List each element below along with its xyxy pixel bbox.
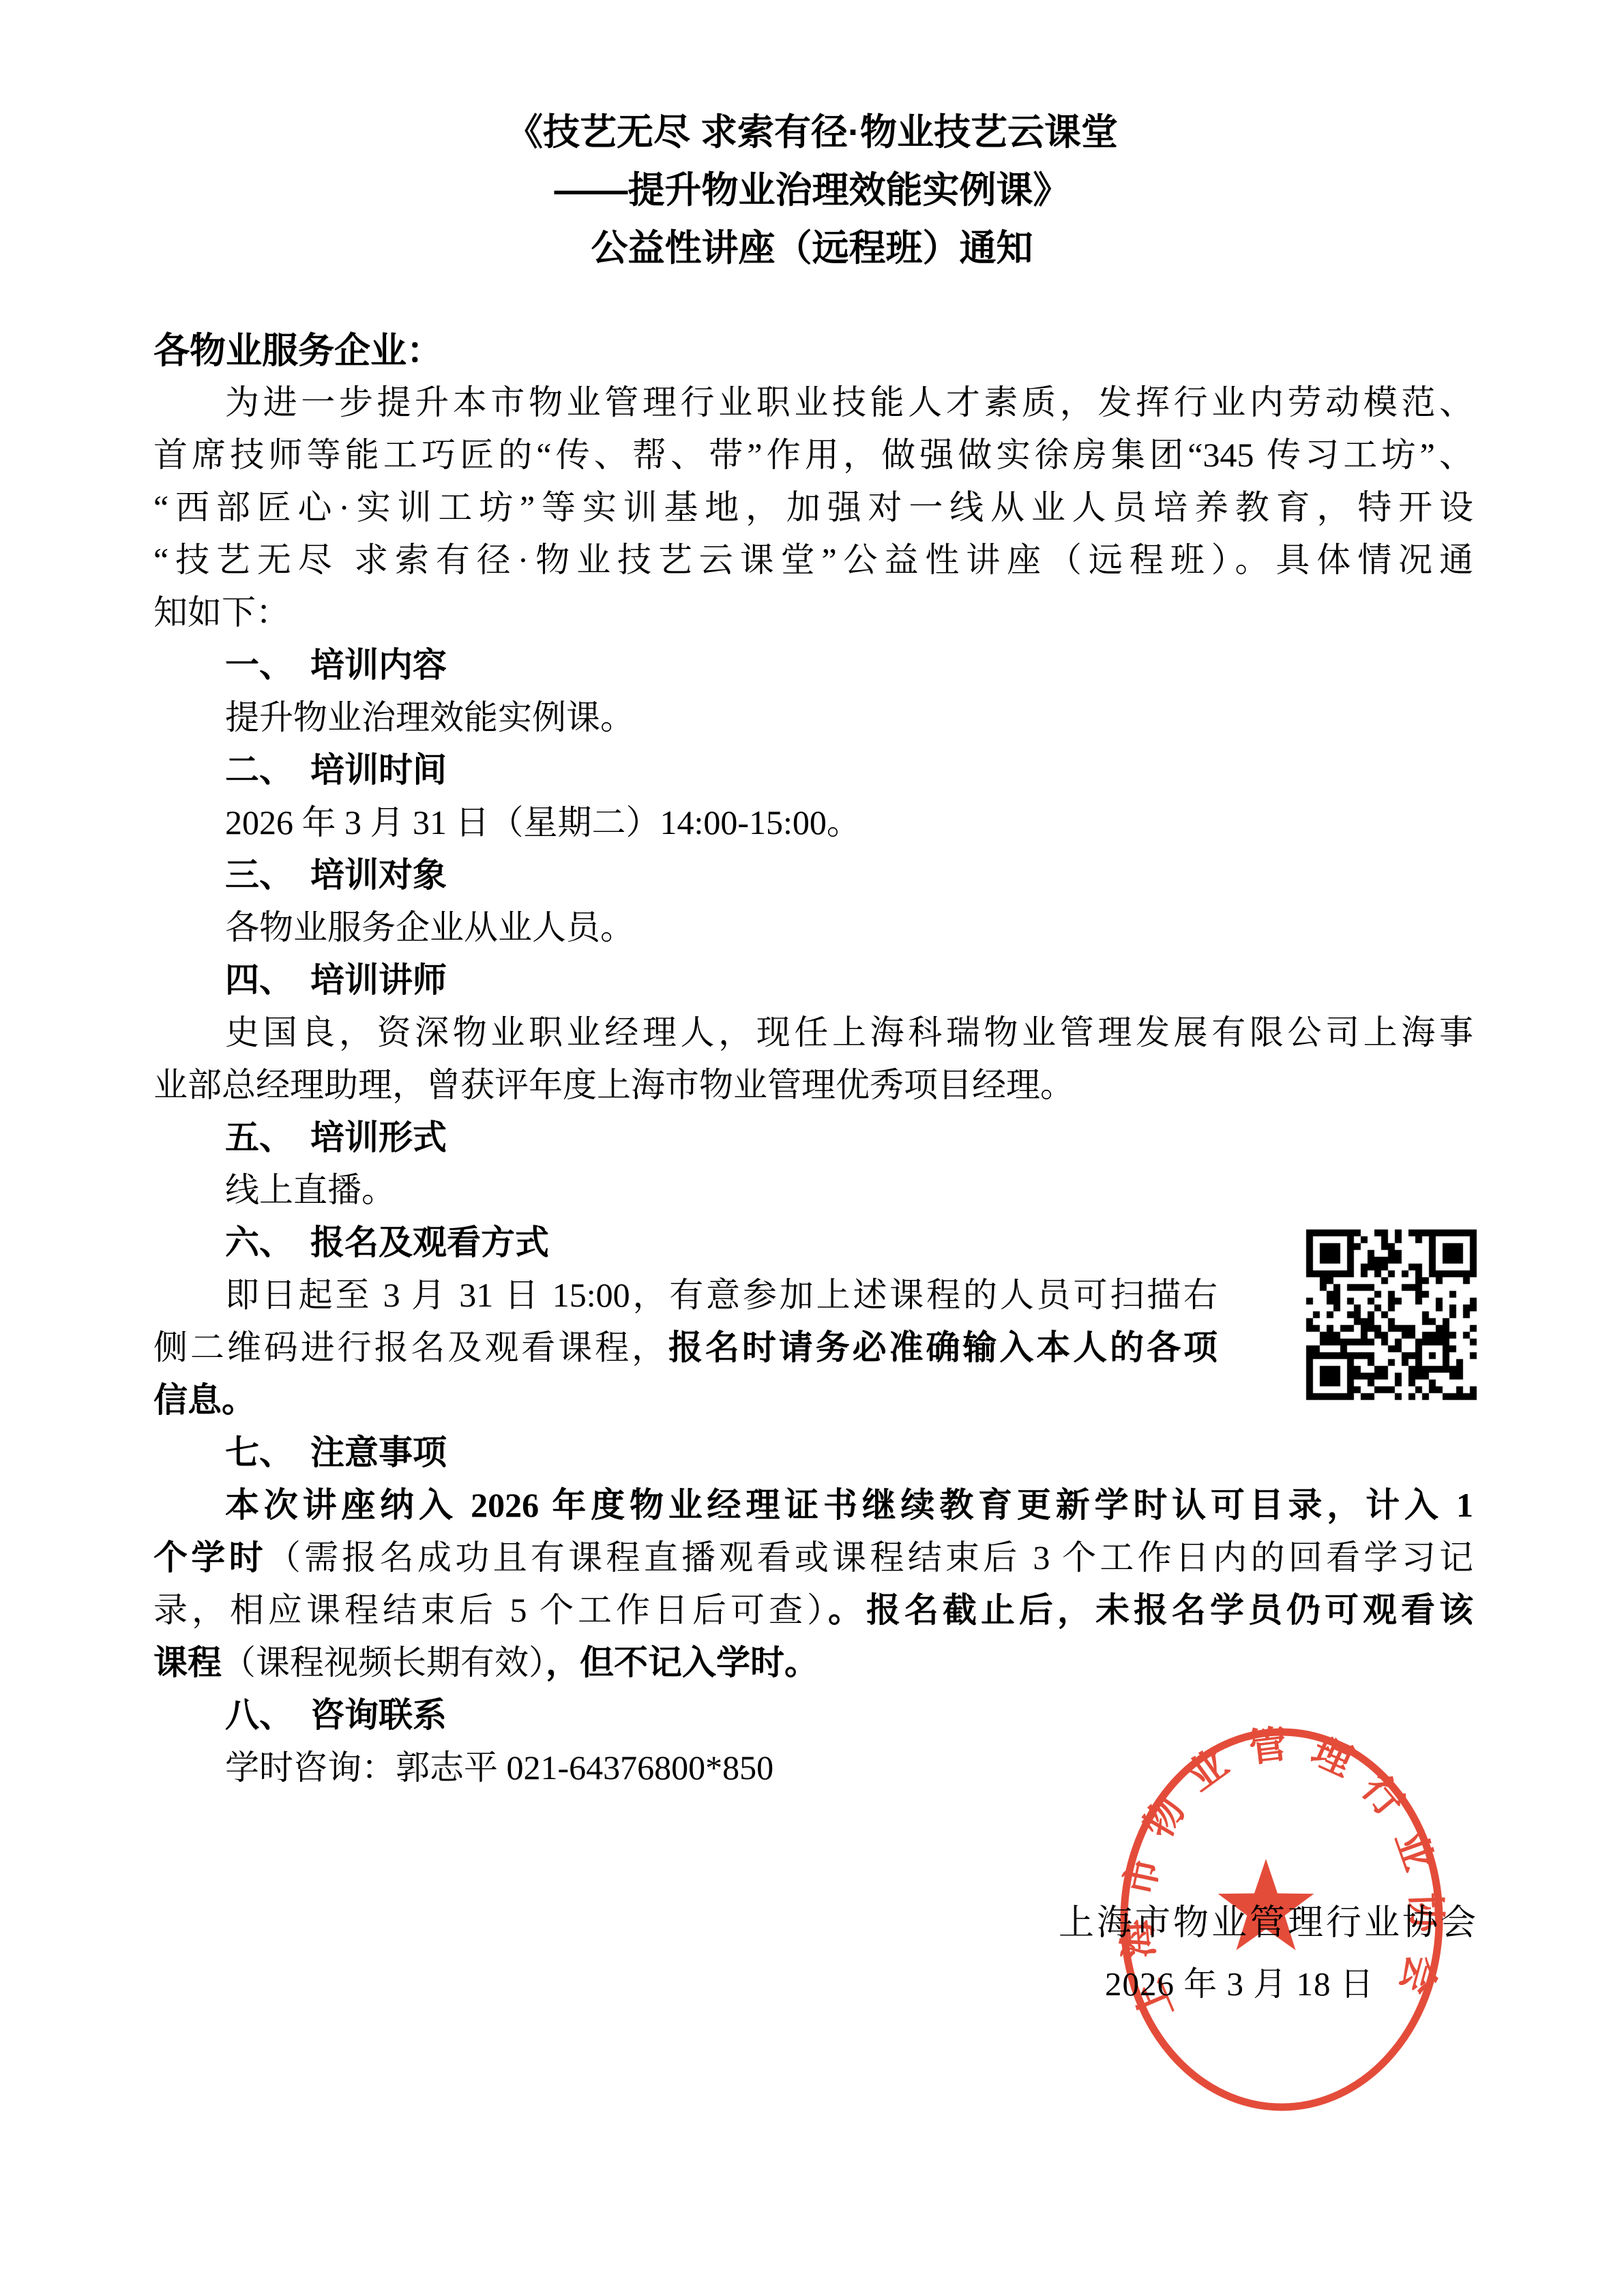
section-7-body-line-3: 录，相应课程结束后 5 个工作日后可查）。报名截止后，未报名学员仍可观看该	[153, 1590, 1473, 1630]
salutation: 各物业服务企业：	[153, 329, 1473, 373]
section-6-body-line-1: 即日起至 3 月 31 日 15:00，有意参加上述课程的人员可扫描右	[153, 1274, 1217, 1315]
section-1-body: 提升物业治理效能实例课。	[153, 697, 1473, 738]
section-7-body-line-2: 个学时（需报名成功且有课程直播观看或课程结束后 3 个工作日内的回看学习记	[153, 1537, 1473, 1578]
section-8-body: 学时咨询：郭志平 021-64376800*850	[153, 1747, 1473, 1788]
intro-line-5: 知如下：	[153, 592, 1473, 633]
section-7-line-2-regular: （需报名成功且有课程直播观看或课程结束后 3 个工作日内的回看学习记	[267, 1538, 1473, 1577]
section-7-line-4-bold-2: ，但不记入学时。	[546, 1643, 818, 1682]
section-7-line-1-bold: 本次讲座纳入 2026 年度物业经理证书继续教育更新学时认可目录，计入 1	[225, 1486, 1473, 1524]
section-7-body-line-4: 课程（课程视频长期有效），但不记入学时。	[153, 1642, 1473, 1683]
intro-line-4: “技艺无尽 求索有径·物业技艺云课堂”公益性讲座（远程班）。具体情况通	[153, 539, 1473, 580]
section-7-body-line-1: 本次讲座纳入 2026 年度物业经理证书继续教育更新学时认可目录，计入 1	[153, 1485, 1473, 1525]
section-5-heading: 五、 培训形式	[153, 1117, 1473, 1158]
notice-page: 《技艺无尽 求索有径·物业技艺云课堂 ——提升物业治理效能实例课》 公益性讲座（…	[0, 0, 1624, 2296]
section-3-heading: 三、 培训对象	[153, 854, 1473, 895]
section-6-body-line-2: 侧二维码进行报名及观看课程，报名时请务必准确输入本人的各项	[153, 1327, 1217, 1368]
section-4-heading: 四、 培训讲师	[153, 959, 1473, 1000]
section-7-line-2-bold: 个学时	[153, 1538, 267, 1577]
section-7-line-3-bold: 。报名截止后，未报名学员仍可观看该	[828, 1591, 1473, 1629]
intro-line-3: “西部匠心·实训工坊”等实训基地，加强对一线从业人员培养教育，特开设	[153, 487, 1473, 528]
section-6-body-line-3: 信息。	[153, 1380, 1473, 1420]
section-7-heading: 七、 注意事项	[153, 1432, 1473, 1473]
section-1-heading: 一、 培训内容	[153, 644, 1473, 685]
notice-title-line1: 《技艺无尽 求索有径·物业技艺云课堂	[0, 110, 1624, 155]
section-2-heading: 二、 培训时间	[153, 749, 1473, 790]
section-6-line-2-bold: 报名时请务必准确输入本人的各项	[668, 1328, 1217, 1367]
section-6-heading: 六、 报名及观看方式	[153, 1222, 1473, 1263]
section-5-body: 线上直播。	[153, 1169, 1473, 1210]
section-7-line-3-regular: 录，相应课程结束后 5 个工作日后可查）	[153, 1591, 828, 1629]
section-2-body: 2026 年 3 月 31 日（星期二）14:00-15:00。	[153, 802, 1473, 843]
notice-title-line3: 公益性讲座（远程班）通知	[0, 226, 1624, 271]
section-4-body-line-2: 业部总经理助理，曾获评年度上海市物业管理优秀项目经理。	[153, 1064, 1473, 1105]
intro-line-2: 首席技师等能工巧匠的“传、帮、带”作用，做强做实徐房集团“345 传习工坊”、	[153, 434, 1473, 475]
registration-qr-code	[1304, 1227, 1479, 1402]
intro-line-1: 为进一步提升本市物业管理行业职业技能人才素质，发挥行业内劳动模范、	[153, 382, 1473, 423]
signature-date: 2026 年 3 月 18 日	[1105, 1965, 1374, 2005]
notice-title-line2: ——提升物业治理效能实例课》	[0, 168, 1624, 213]
signature-organization: 上海市物业管理行业协会	[1059, 1903, 1479, 1945]
section-6-line-2-regular: 侧二维码进行报名及观看课程，	[153, 1328, 668, 1367]
section-8-heading: 八、 咨询联系	[153, 1695, 1473, 1735]
section-6-line-3-bold: 信息。	[153, 1381, 256, 1419]
section-4-body-line-1: 史国良，资深物业职业经理人，现任上海科瑞物业管理发展有限公司上海事	[153, 1012, 1473, 1053]
section-7-line-4-regular: （课程视频长期有效）	[222, 1643, 546, 1682]
section-7-line-4-bold-1: 课程	[153, 1643, 222, 1682]
section-3-body: 各物业服务企业从业人员。	[153, 907, 1473, 948]
